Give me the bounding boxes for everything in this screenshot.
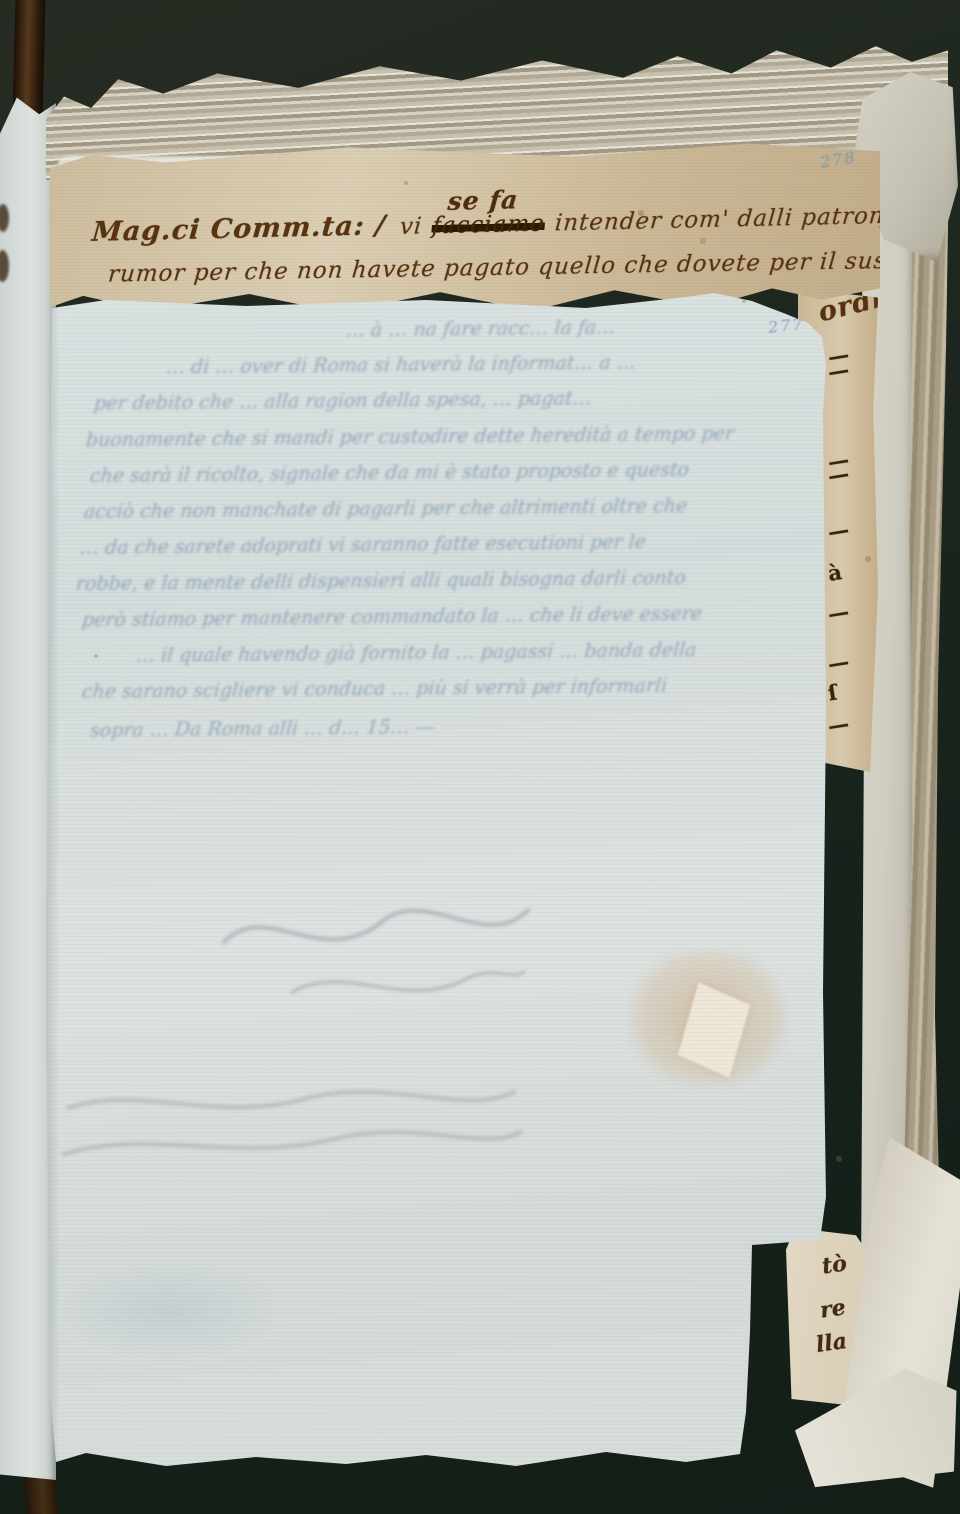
manuscript-photo: ordi — — — — — à — — ſ — — 278 Mag.ci Co… (0, 0, 960, 1514)
line-end-dash: — (826, 757, 851, 785)
showthrough-text-line: però stiamo per mantenere commandato la … (81, 603, 703, 632)
showthrough-text-line: sopra … Da Roma alli … d… 15… — (89, 716, 436, 742)
overlay-leaf-277: 277 … à … na fare racc… la fa… … di … ov… (46, 292, 826, 1480)
letter-interline-insert: se fa (447, 185, 520, 216)
letter-ink-line-1: Mag.ci Comm.ta: /vifacciamose faintender… (91, 195, 960, 248)
line-end-dash: — (826, 599, 851, 627)
letter-ink-line-2: rumor per che non havete pagato quello c… (107, 246, 960, 287)
line-end-dash: — (826, 649, 851, 677)
line-end-letter: à (826, 559, 843, 586)
showthrough-text-line: buonamente che si mandi per custodire de… (85, 423, 735, 452)
line-end-dash: — (826, 461, 851, 489)
showthrough-docket-marks (58, 1078, 528, 1178)
showthrough-text-line: … à … na fare racc… la fa… (345, 317, 616, 342)
showthrough-text-line: robbe, e la mente delli dispensieri alli… (75, 567, 687, 595)
folio-number-278: 278 (819, 147, 858, 171)
paper-stain (628, 948, 788, 1088)
line-end-letter: ſ (826, 679, 839, 705)
letter-page-278: 278 Mag.ci Comm.ta: /vifacciamose fainte… (50, 138, 880, 326)
struck-word-text: facciamo (431, 211, 546, 240)
ink-smudge (0, 250, 9, 282)
showthrough-text-line: … da che sarete adoprati vi saranno fatt… (79, 531, 647, 559)
showthrough-text-line: acciò che non manchate di pagarli per ch… (83, 495, 688, 523)
showthrough-text-line: … di … over di Roma si haverà la informa… (165, 352, 637, 379)
showthrough-signature (206, 880, 546, 1020)
foxing-spots (0, 0, 2, 2)
line-end-dash: — (826, 517, 851, 545)
showthrough-text-line: … il quale havendo già fornito la … paga… (135, 639, 698, 667)
line-end-dash: — (826, 711, 851, 739)
ink-smudge (0, 204, 9, 232)
showthrough-blot (60, 1264, 280, 1360)
fragment-word: lla (814, 1328, 848, 1358)
line-end-dash: — (826, 357, 851, 385)
showthrough-text-line: per debito che … alla ragion della spesa… (93, 387, 593, 414)
showthrough-text-line: che sarano scigliere vi conduca … più si… (81, 675, 668, 703)
letter-salutation: Mag.ci Comm.ta: / (91, 210, 387, 248)
letter-word: vi (399, 213, 423, 240)
paper-repair-patch (678, 982, 751, 1078)
fragment-word: tò (820, 1250, 848, 1279)
showthrough-text-line: che sarà il ricolto, signale che da mi è… (89, 459, 690, 487)
fragment-word: re (818, 1294, 847, 1323)
letter-struck-word: facciamose fa (431, 211, 546, 240)
